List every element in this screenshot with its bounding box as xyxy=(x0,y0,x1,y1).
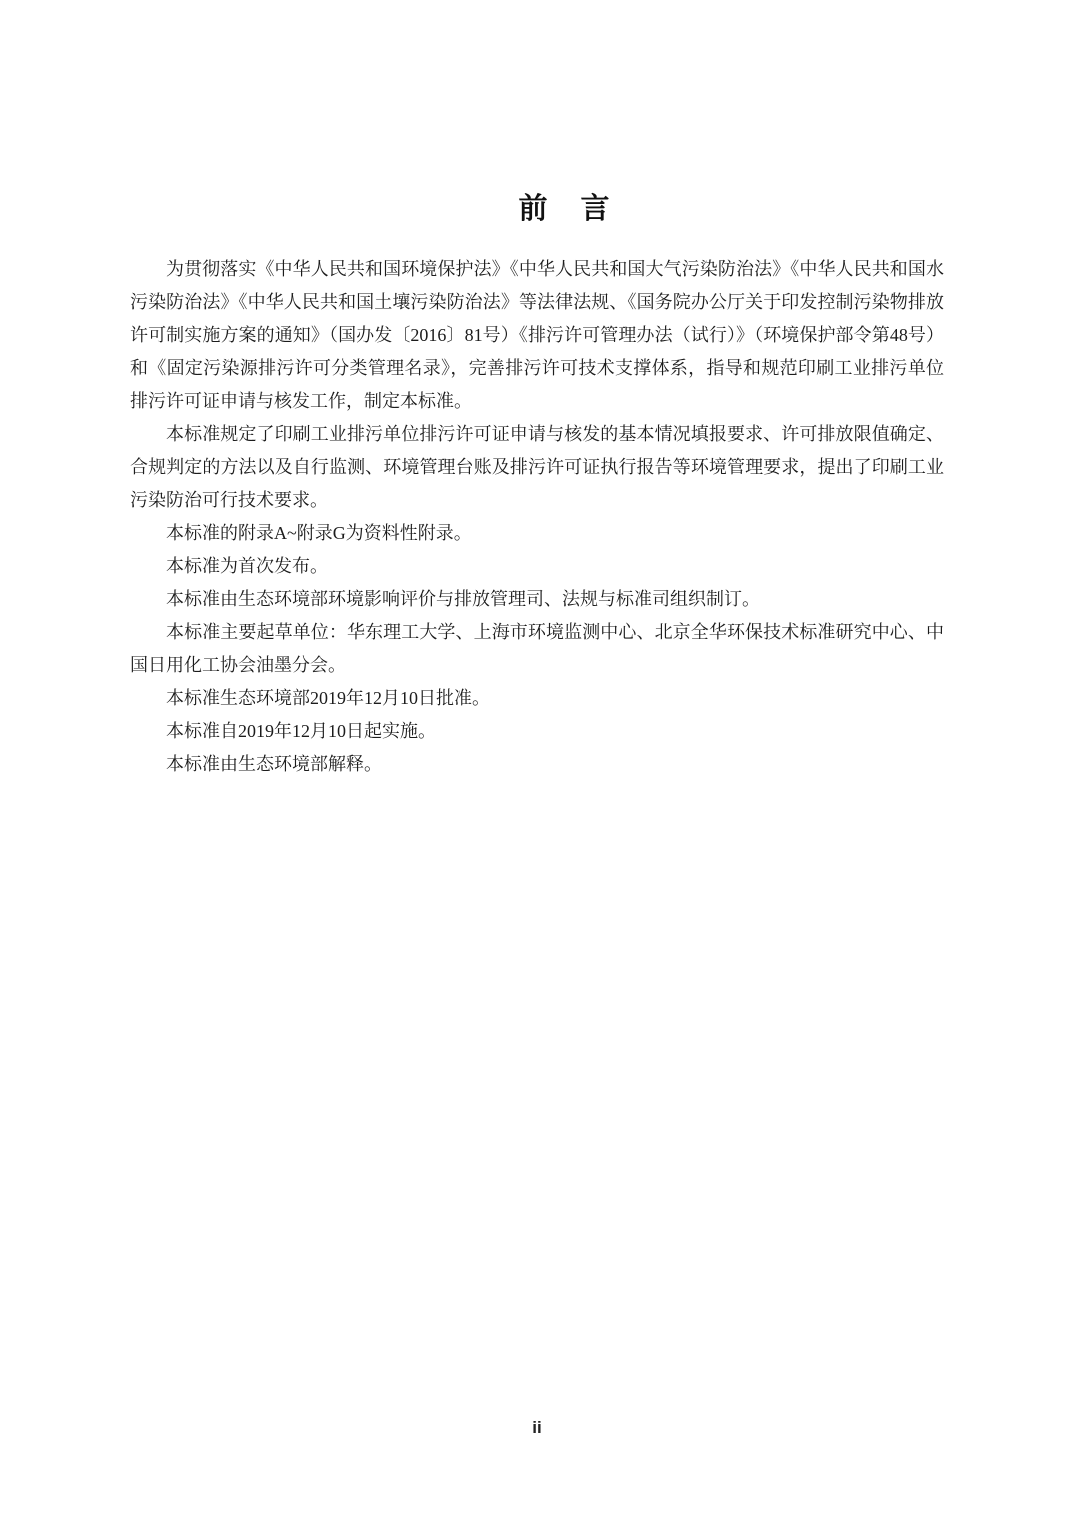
page-number: ii xyxy=(0,1418,1074,1438)
foreword-paragraph-scope: 本标准规定了印刷工业排污单位排污许可证申请与核发的基本情况填报要求、许可排放限值… xyxy=(130,418,944,517)
foreword-paragraph-implementation-date: 本标准自2019年12月10日起实施。 xyxy=(130,715,944,748)
foreword-paragraph-first-release: 本标准为首次发布。 xyxy=(130,550,944,583)
foreword-paragraph-approval-date: 本标准生态环境部2019年12月10日批准。 xyxy=(130,682,944,715)
foreword-paragraph-legal-basis: 为贯彻落实《中华人民共和国环境保护法》《中华人民共和国大气污染防治法》《中华人民… xyxy=(130,253,944,418)
document-page: 前 言 为贯彻落实《中华人民共和国环境保护法》《中华人民共和国大气污染防治法》《… xyxy=(0,0,1074,1520)
foreword-paragraph-organizers: 本标准由生态环境部环境影响评价与排放管理司、法规与标准司组织制订。 xyxy=(130,583,944,616)
foreword-paragraph-appendices: 本标准的附录A~附录G为资料性附录。 xyxy=(130,517,944,550)
foreword-section: 前 言 为贯彻落实《中华人民共和国环境保护法》《中华人民共和国大气污染防治法》《… xyxy=(130,186,944,781)
foreword-paragraph-drafting-units: 本标准主要起草单位：华东理工大学、上海市环境监测中心、北京全华环保技术标准研究中… xyxy=(130,616,944,682)
foreword-paragraph-interpretation: 本标准由生态环境部解释。 xyxy=(130,748,944,781)
foreword-title: 前 言 xyxy=(186,186,944,227)
